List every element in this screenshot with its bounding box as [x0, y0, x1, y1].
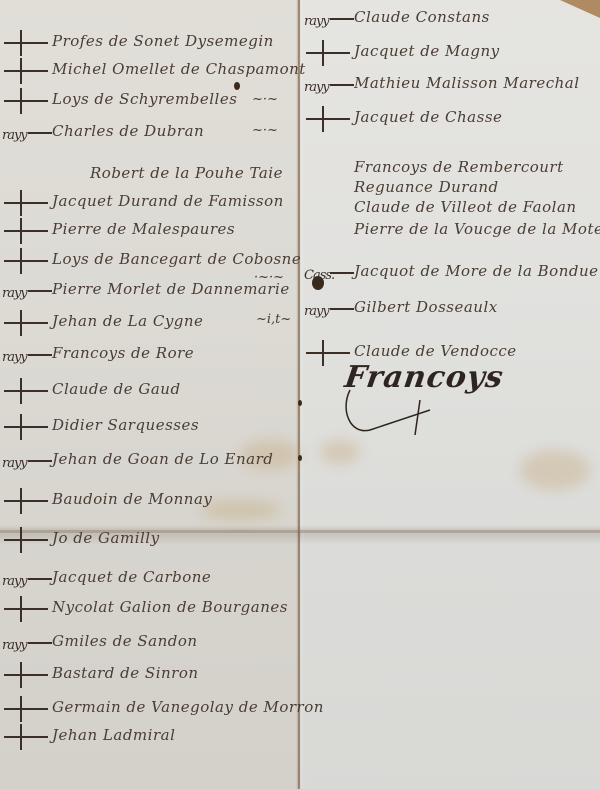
margin-annotation: rayy — [2, 128, 27, 143]
entry-name: Claude de Villeot de Faolan — [354, 198, 577, 216]
margin-note: ·~·~ — [254, 270, 284, 285]
margin-annotation: rayy — [2, 456, 27, 471]
entry-name: Jacquet de Magny — [354, 42, 500, 60]
entry-name: Charles de Dubran — [52, 122, 204, 140]
entry-name: Jacquet Durand de Famisson — [52, 192, 284, 210]
manuscript-sheet: Profes de Sonet DysemeginMichel Omellet … — [0, 0, 600, 789]
entry-name: Reguance Durand — [354, 178, 499, 196]
entry-name: Jacquot de More de la Bondue — [354, 262, 599, 280]
margin-annotation: Cass. — [304, 268, 334, 283]
entry-name: Claude de Vendocce — [354, 342, 517, 360]
margin-annotation: rayy — [304, 304, 329, 319]
entry-name: Francoys de Rembercourt — [354, 158, 564, 176]
entry-name: Profes de Sonet Dysemegin — [52, 32, 274, 50]
entry-name: Francoys de Rore — [52, 344, 194, 362]
entry-name: Germain de Vanegolay de Morron — [52, 698, 324, 716]
margin-note: ~·~ — [252, 92, 278, 107]
entry-name: Jehan de La Cygne — [52, 312, 203, 330]
vertical-fold — [298, 0, 300, 789]
entry-name: Claude Constans — [354, 8, 490, 26]
entry-name: Pierre de Malespaures — [52, 220, 235, 238]
entry-name: Mathieu Malisson Marechal — [354, 74, 580, 92]
entry-name: Baudoin de Monnay — [52, 490, 212, 508]
margin-annotation: rayy — [2, 286, 27, 301]
entry-name: Robert de la Pouhe Taie — [90, 164, 283, 182]
margin-note: ~·~ — [252, 123, 278, 138]
margin-annotation: rayy — [304, 14, 329, 29]
entry-name: Didier Sarquesses — [52, 416, 199, 434]
entry-name: Jehan Ladmiral — [52, 726, 175, 744]
entry-name: Jacquet de Chasse — [354, 108, 502, 126]
entry-name: Gilbert Dosseaulx — [354, 298, 498, 316]
entry-name: Jo de Gamilly — [52, 529, 160, 547]
margin-annotation: rayy — [2, 638, 27, 653]
entry-name: Pierre de la Voucge de la Mote sur Dau — [354, 220, 600, 238]
entry-name: Loys de Schyrembelles — [52, 90, 237, 108]
entry-name: Nycolat Galion de Bourganes — [52, 598, 288, 616]
entry-name: Loys de Bancegart de Cobosne — [52, 250, 301, 268]
signature-flourish-icon — [340, 380, 460, 440]
entry-name: Michel Omellet de Chaspamont — [52, 60, 306, 78]
entry-name: Gmiles de Sandon — [52, 632, 198, 650]
entry-name: Claude de Gaud — [52, 380, 181, 398]
entry-name: Bastard de Sinron — [52, 664, 199, 682]
entry-name: Jehan de Goan de Lo Enard — [52, 450, 273, 468]
margin-annotation: rayy — [2, 350, 27, 365]
margin-annotation: rayy — [2, 574, 27, 589]
left-name-column: Profes de Sonet DysemeginMichel Omellet … — [0, 0, 298, 789]
margin-note: ~i,t~ — [256, 312, 291, 327]
margin-annotation: rayy — [304, 80, 329, 95]
entry-name: Jacquet de Carbone — [52, 568, 211, 586]
